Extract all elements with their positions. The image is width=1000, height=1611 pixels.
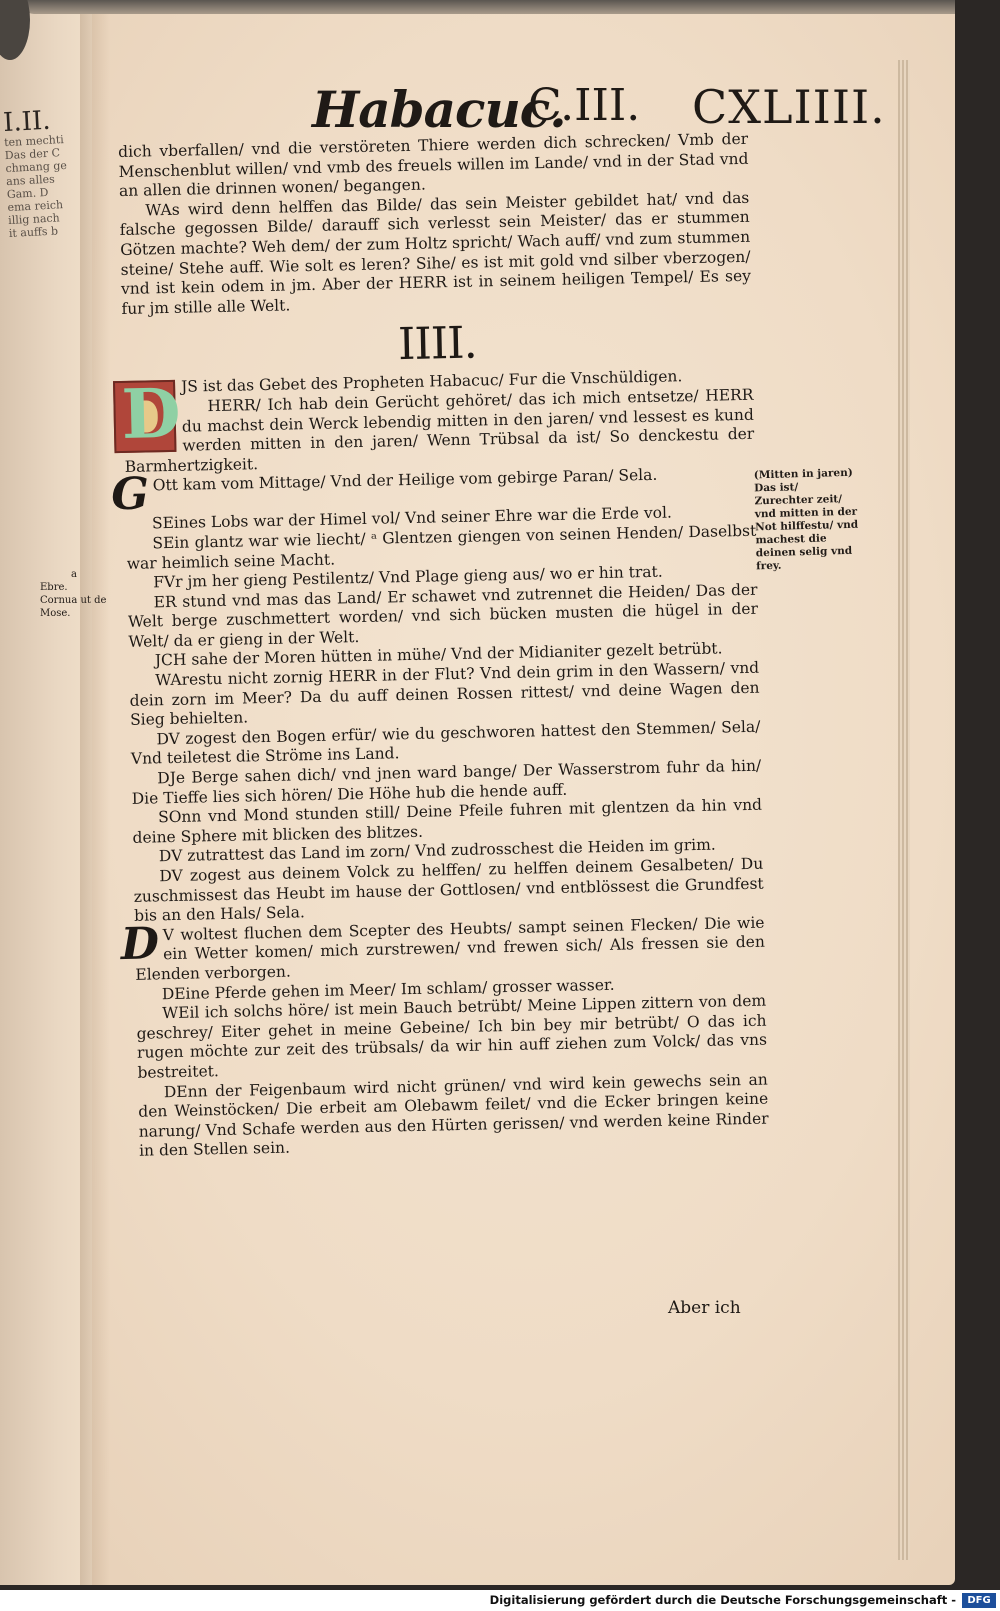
note-text: Ebre. Cornua ut de Mose. [40, 581, 108, 620]
marginal-note-left: a Ebre. Cornua ut de Mose. [40, 568, 108, 620]
initial-letter: D [121, 378, 181, 451]
main-text-column: dich vberfallen/ vnd die verstöreten Thi… [118, 130, 769, 1162]
flourish-initial: D [120, 924, 159, 965]
gutter-shadow [80, 0, 110, 1585]
previous-page-fragment: I.II. ten mechti Das der C chmang ge ans… [3, 113, 89, 240]
catchword: Aber ich [668, 1298, 741, 1318]
paragraph: WAs wird denn helffen das Bilde/ das sei… [119, 189, 751, 320]
folio-number: CXLIIII. [692, 80, 886, 134]
digitization-footer: Digitalisierung gefördert durch die Deut… [0, 1590, 1000, 1611]
page-stack-edges [898, 60, 910, 1560]
book-page: I.II. ten mechti Das der C chmang ge ans… [0, 0, 955, 1585]
funding-credit: Digitalisierung gefördert durch die Deut… [490, 1593, 956, 1607]
decorated-initial: D [113, 380, 176, 453]
marginal-gloss-right: (Mitten in jaren) Das ist/ Zurechter zei… [754, 467, 862, 574]
note-marker: a [40, 568, 108, 581]
paragraph: WEil ich solchs höre/ ist mein Bauch bet… [136, 992, 768, 1084]
flourish-initial: G [111, 475, 149, 516]
chapter-label: C.III. [528, 80, 640, 131]
previous-chapter-label: I.II. [3, 113, 84, 130]
dfg-logo: DFG [962, 1593, 996, 1608]
paragraph: DEnn der Feigenbaum wird nicht grünen/ v… [138, 1070, 770, 1162]
paragraph: HERR/ Ich hab dein Gerücht gehöret/ das … [123, 386, 755, 478]
top-page-edge [20, 0, 955, 14]
